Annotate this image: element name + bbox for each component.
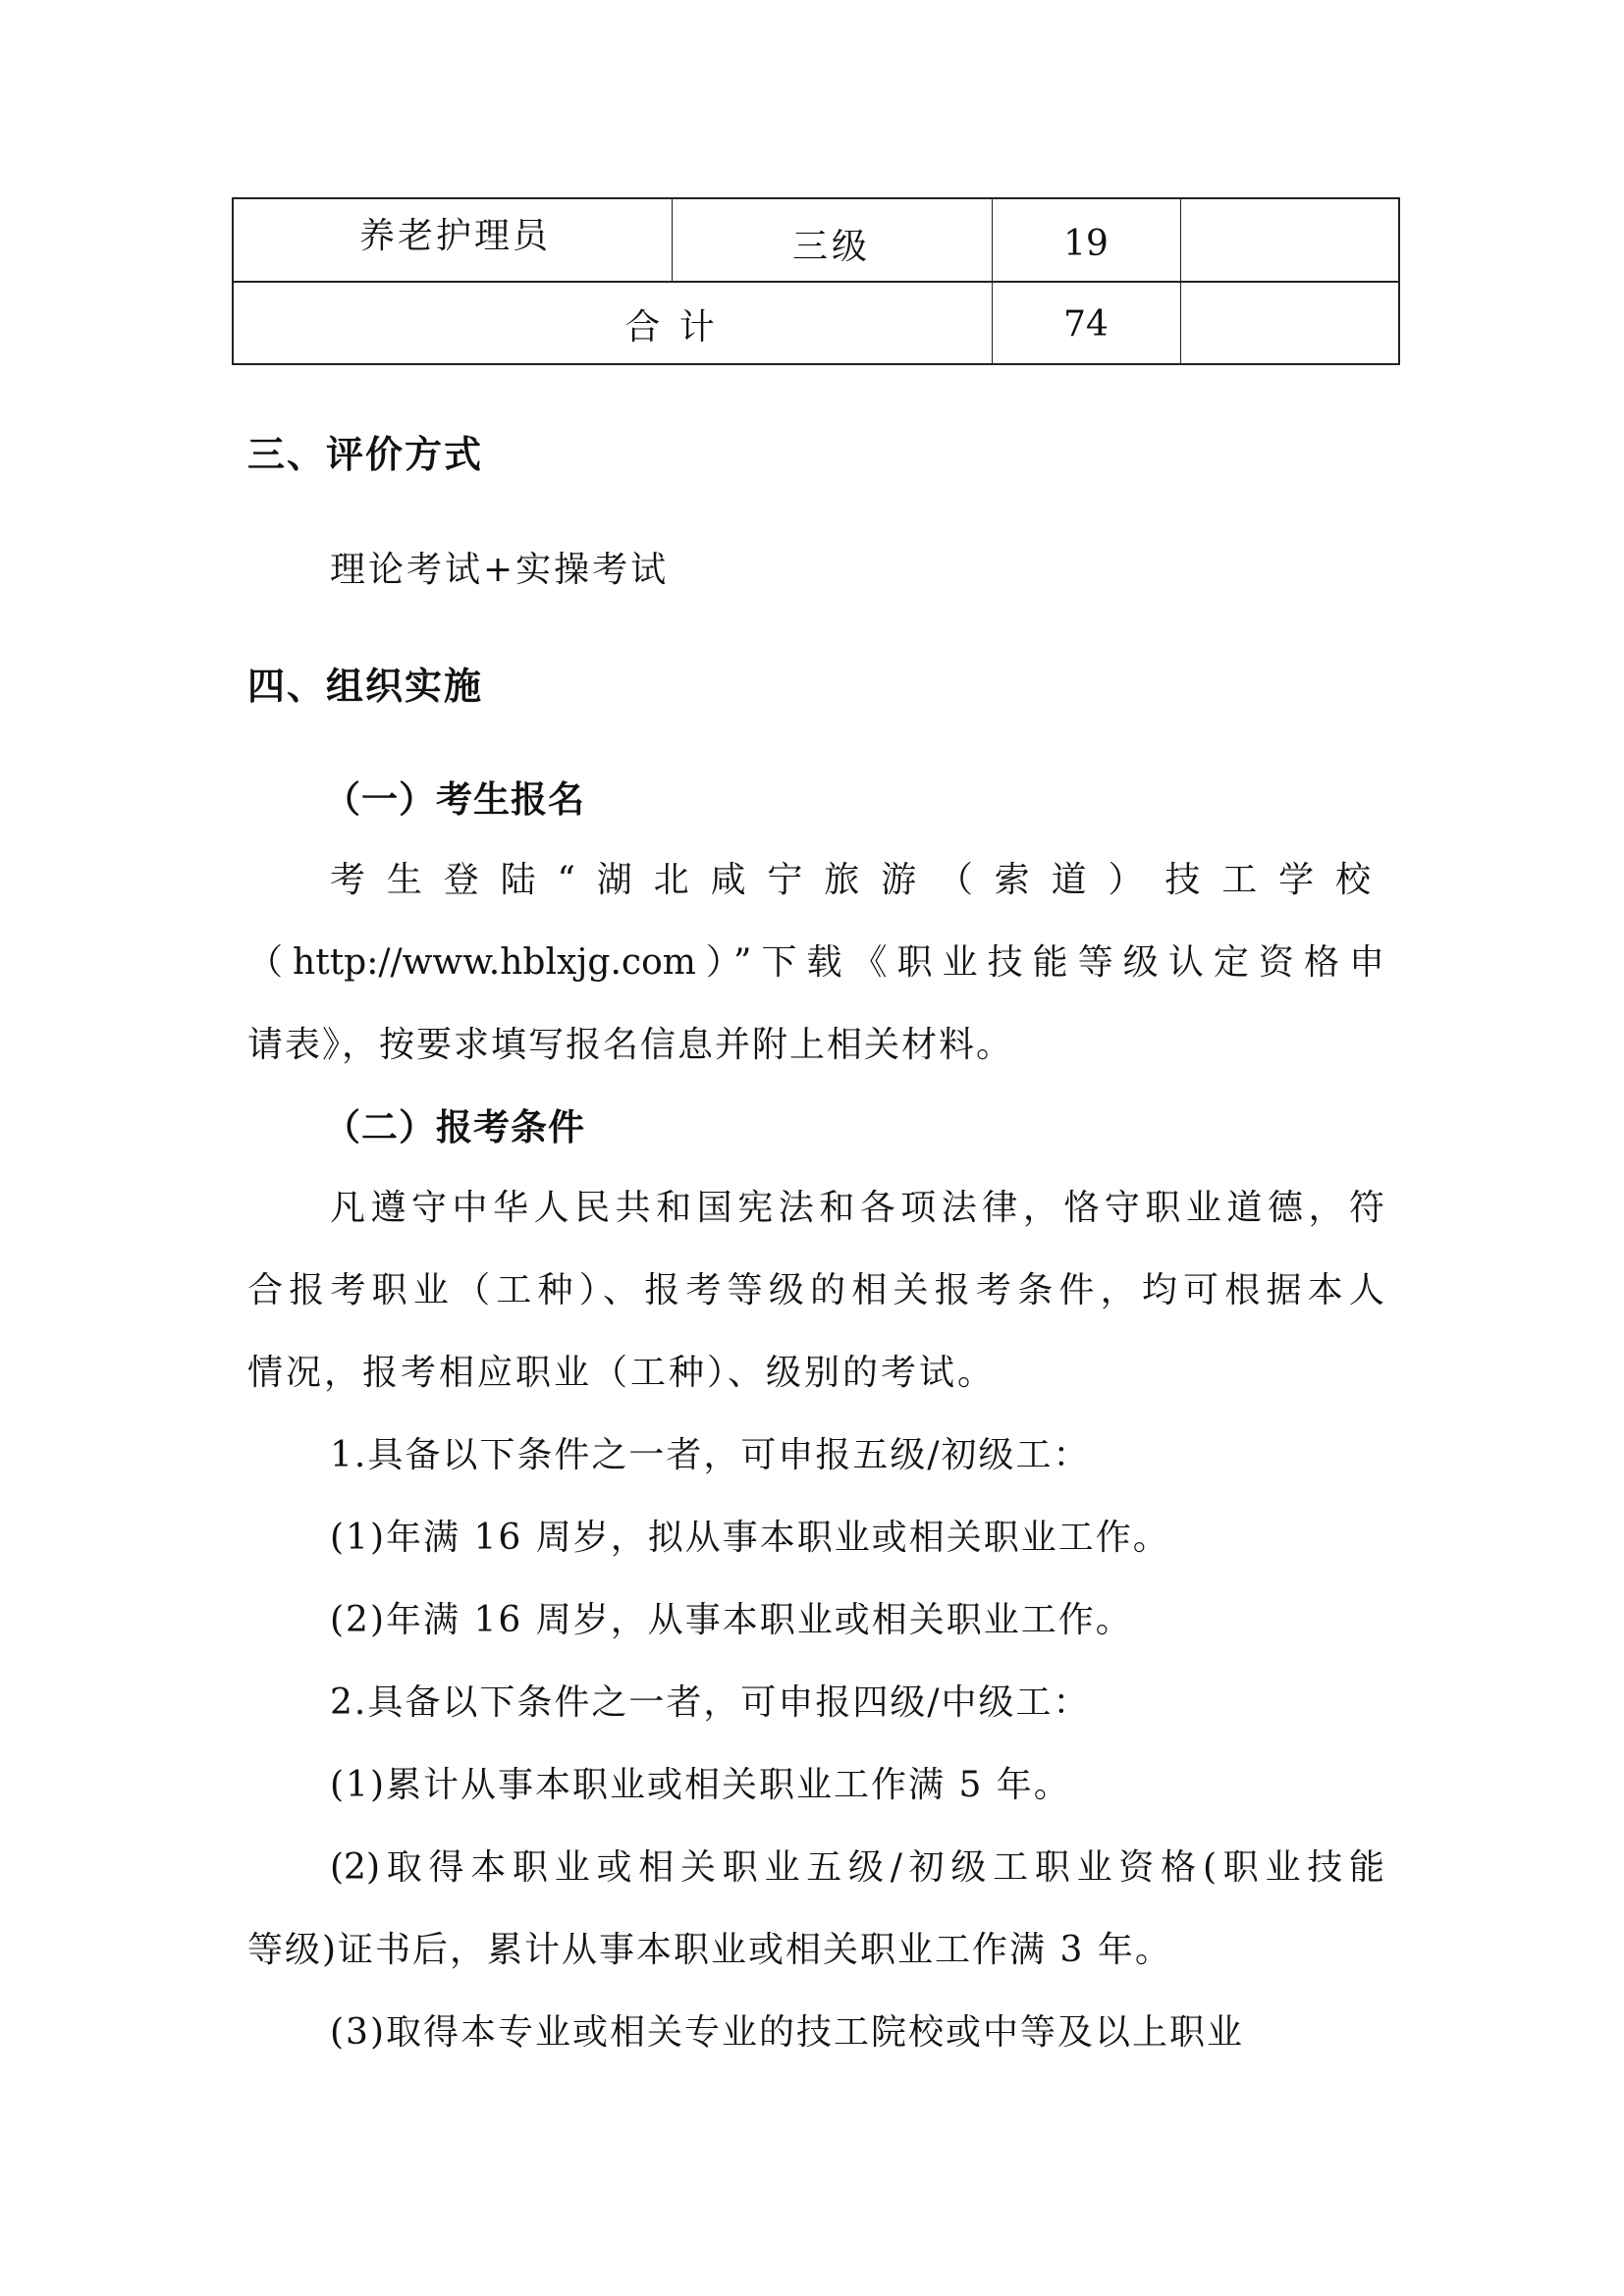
table-total-count: 74	[992, 283, 1180, 365]
conditions-intro-line-3: 情况，报考相应职业（工种）、级别的考试。	[247, 1345, 996, 1395]
quota-table: 养老护理员 三级 19 合 计 74	[232, 197, 1400, 365]
condition-item: (3)取得本专业或相关专业的技工院校或中等及以上职业	[330, 2004, 1244, 2055]
conditions-intro-line-2: 合报考职业（工种）、报考等级的相关报考条件，均可根据本人	[247, 1262, 1384, 1312]
subheading-registration: （一）考生报名	[324, 770, 585, 823]
table-cell-occupation: 养老护理员	[234, 199, 672, 281]
table-cell-note	[1180, 199, 1398, 281]
registration-line-3: 请表》，按要求填写报名信息并附上相关材料。	[247, 1017, 1013, 1067]
condition-item: 2.具备以下条件之一者，可申报四级/中级工：	[330, 1675, 1090, 1725]
section-heading-evaluation: 三、评价方式	[247, 424, 483, 478]
section-heading-organization: 四、组织实施	[247, 656, 483, 710]
subheading-conditions: （二）报考条件	[324, 1097, 585, 1150]
condition-item: (1)累计从事本职业或相关职业工作满 5 年。	[330, 1757, 1071, 1807]
document-page: 养老护理员 三级 19 合 计 74 三、评价方式 理论考试+实操考试 四、组织…	[0, 0, 1624, 2296]
table-cell-level: 三级	[672, 199, 992, 281]
registration-line-2: （http://www.hblxjg.com）”下载《职业技能等级认定资格申	[247, 934, 1384, 985]
registration-line-1: 考生登陆“湖北咸宁旅游（索道）技工学校	[330, 852, 1384, 902]
conditions-intro-line-1: 凡遵守中华人民共和国宪法和各项法律，恪守职业道德，符	[330, 1180, 1384, 1230]
condition-item: (2)取得本职业或相关职业五级/初级工职业资格(职业技能	[330, 1840, 1384, 1890]
evaluation-method-text: 理论考试+实操考试	[330, 542, 669, 592]
table-total-note	[1180, 283, 1398, 365]
condition-item: (2)年满 16 周岁，从事本职业或相关职业工作。	[330, 1592, 1133, 1642]
table-cell-count: 19	[992, 199, 1180, 281]
condition-item: 等级)证书后，累计从事本职业或相关职业工作满 3 年。	[247, 1922, 1172, 1972]
table-total-label: 合 计	[234, 283, 992, 365]
condition-item: (1)年满 16 周岁，拟从事本职业或相关职业工作。	[330, 1510, 1170, 1560]
condition-item: 1.具备以下条件之一者，可申报五级/初级工：	[330, 1427, 1090, 1477]
